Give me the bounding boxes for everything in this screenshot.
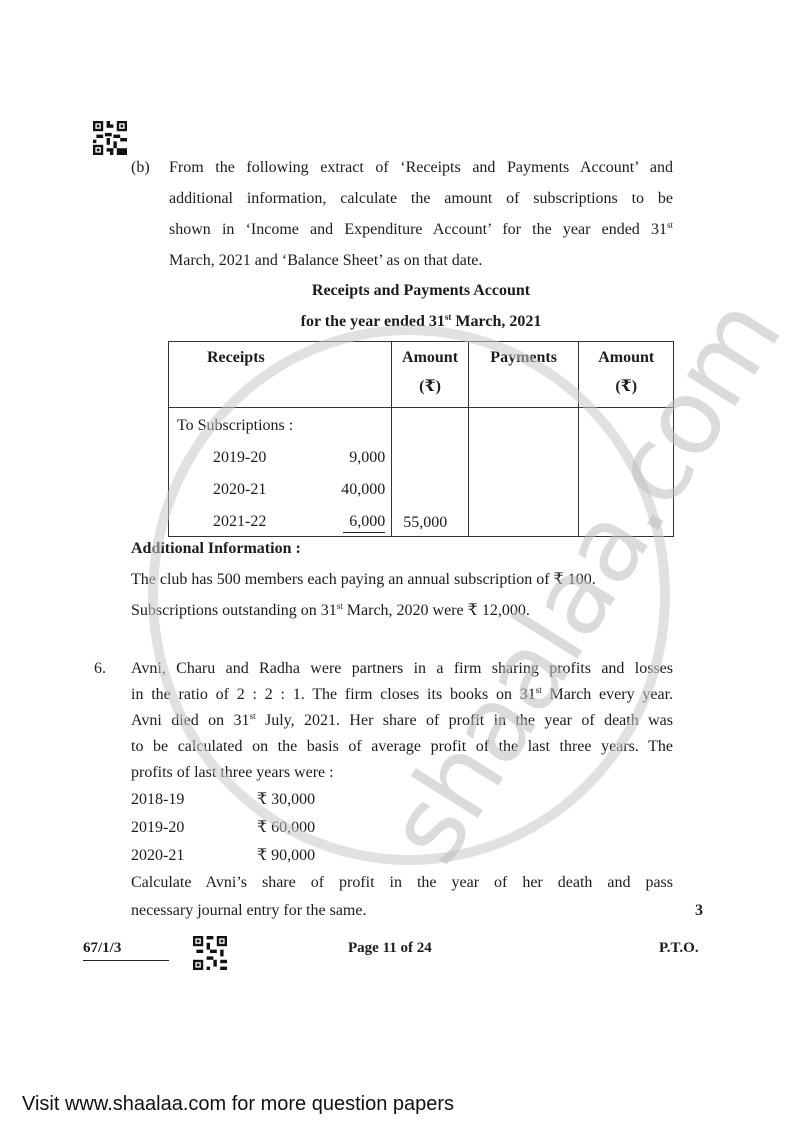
row-year: 2019-20 [213, 448, 266, 468]
page-number: Page 11 of 24 [348, 933, 432, 964]
promo-banner: Visit www.shaalaa.com for more question … [22, 1093, 454, 1116]
subscriptions-label: To Subscriptions : [177, 416, 293, 436]
question-line: profits of last three years were : [131, 760, 673, 786]
qr-code-icon [193, 936, 227, 970]
profit-row: 2018-19₹ 30,000 [131, 786, 315, 814]
question-line: to be calculated on the basis of average… [131, 734, 673, 760]
question-line: shown in ‘Income and Expenditure Account… [169, 214, 673, 245]
row-year: 2021-22 [213, 512, 266, 532]
qr-code-icon [93, 121, 127, 155]
profits-list: 2018-19₹ 30,000 2019-20₹ 60,000 2020-21₹… [131, 786, 315, 870]
additional-info-line: The club has 500 members each paying an … [131, 564, 673, 595]
additional-info-line: Subscriptions outstanding on 31st March,… [131, 595, 673, 626]
row-year: 2020-21 [213, 480, 266, 500]
question-line: Avni, Charu and Radha were partners in a… [131, 656, 673, 682]
receipts-cell: To Subscriptions : 2019-20 9,000 2020-21… [169, 408, 392, 537]
header-receipts: Receipts [169, 342, 392, 408]
header-amount: Amount(₹) [579, 342, 674, 408]
table-row: To Subscriptions : 2019-20 9,000 2020-21… [169, 408, 674, 537]
profit-row: 2019-20₹ 60,000 [131, 814, 315, 842]
question-number: 6. [94, 656, 106, 682]
additional-info-heading: Additional Information : [131, 533, 301, 564]
question-line: in the ratio of 2 : 2 : 1. The firm clos… [131, 682, 673, 708]
row-value: 40,000 [341, 480, 385, 500]
question-line: Calculate Avni’s share of profit in the … [131, 869, 673, 897]
question-line: Avni died on 31st July, 2021. Her share … [131, 708, 673, 734]
payments-cell [468, 408, 579, 537]
table-header-row: Receipts Amount(₹) Payments Amount(₹) [169, 342, 674, 408]
question-6-closing: Calculate Avni’s share of profit in the … [131, 869, 673, 925]
payments-amount-cell [579, 408, 674, 537]
question-6-text: Avni, Charu and Radha were partners in a… [131, 656, 673, 786]
question-5b-text: From the following extract of ‘Receipts … [169, 152, 673, 276]
additional-info-text: The club has 500 members each paying an … [131, 564, 673, 626]
question-line: additional information, calculate the am… [169, 183, 673, 214]
row-value: 9,000 [349, 448, 385, 468]
pto-label: P.T.O. [659, 933, 699, 964]
account-subtitle: for the year ended 31st March, 2021 [168, 306, 674, 337]
account-title: Receipts and Payments Account [168, 275, 674, 306]
marks: 3 [695, 897, 703, 925]
subscriptions-total: 55,000 [403, 513, 447, 533]
profit-row: 2020-21₹ 90,000 [131, 842, 315, 870]
question-line: March, 2021 and ‘Balance Sheet’ as on th… [169, 245, 673, 276]
header-amount: Amount(₹) [392, 342, 469, 408]
paper-code-underline [83, 960, 169, 961]
question-label: (b) [131, 152, 150, 183]
row-value: 6,000 [343, 512, 385, 533]
receipts-payments-table: Receipts Amount(₹) Payments Amount(₹) To… [168, 341, 674, 537]
header-payments: Payments [468, 342, 579, 408]
question-line: necessary journal entry for the same. [131, 897, 673, 925]
question-line: From the following extract of ‘Receipts … [169, 152, 673, 183]
amount-cell: 55,000 [392, 408, 469, 537]
